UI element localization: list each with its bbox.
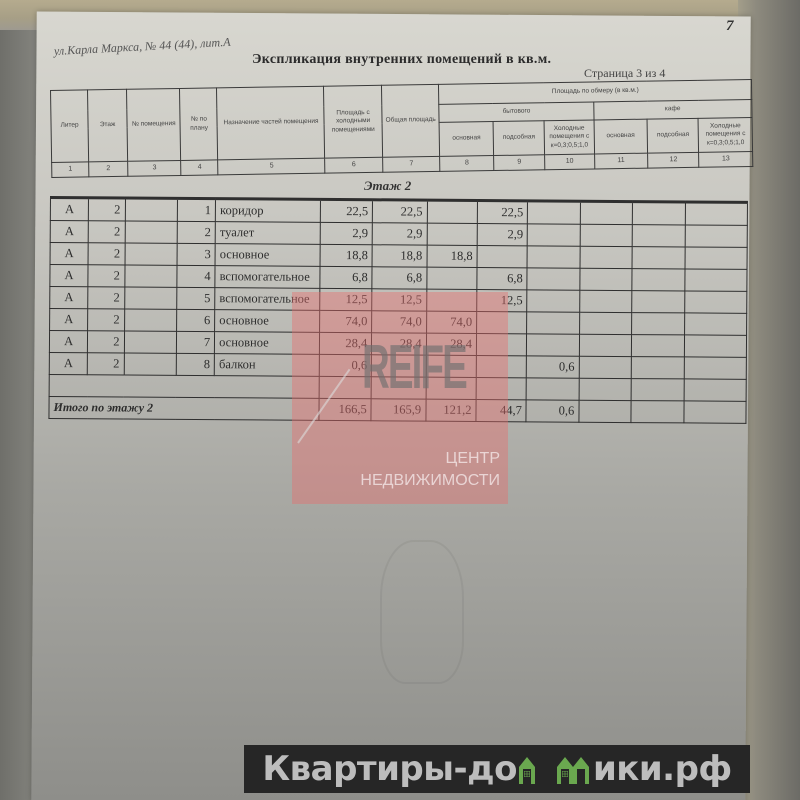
- brand-text-before: Квартиры-до: [262, 749, 517, 789]
- cell-liter: А: [50, 309, 88, 331]
- cell-room: [125, 198, 178, 221]
- handwritten-page-number: 7: [726, 18, 734, 35]
- col-num: 7: [383, 156, 441, 172]
- col-header-area-cold: Площадь с холодными помещениями: [324, 85, 383, 158]
- col-num: 12: [648, 152, 700, 168]
- total-cold: 0,6: [526, 400, 579, 422]
- cell-cafe-aux: [632, 202, 685, 225]
- document-title: Экспликация внутренних помещений в кв.м.: [252, 52, 551, 68]
- cell-purpose: основное: [215, 310, 320, 333]
- cell-cold: [527, 268, 580, 290]
- cell-room: [124, 331, 177, 353]
- col-num: 8: [440, 156, 494, 172]
- total-cafe-cold: [683, 401, 746, 423]
- col-num: 5: [218, 158, 325, 175]
- cell-area-total: 18,8: [372, 245, 427, 267]
- cell-purpose: балкон: [214, 354, 319, 377]
- cell-cafe-cold: [684, 291, 747, 313]
- col-num: 10: [545, 154, 595, 170]
- cell-floor: 2: [88, 221, 124, 243]
- cell-area-total: 2,9: [372, 223, 427, 245]
- total-main: 121,2: [426, 399, 477, 421]
- cell-plan-no: 5: [177, 287, 215, 309]
- cell-plan-no: 3: [177, 243, 215, 265]
- cell-liter: А: [49, 352, 87, 374]
- cell-plan-no: 4: [177, 265, 215, 287]
- cell-area-cold: 18,8: [320, 244, 373, 266]
- subgroup-household: бытового: [439, 102, 593, 122]
- cell-area-cold: 0,6: [319, 354, 372, 376]
- cell-area-cold: 12,5: [320, 288, 373, 310]
- cell-area-cold: 6,8: [320, 266, 373, 288]
- cell-floor: 2: [88, 265, 124, 287]
- cell-main: [427, 267, 478, 289]
- cell-purpose: основное: [215, 244, 320, 267]
- col-header-area-total: Общая площадь: [381, 84, 440, 157]
- cell-cafe-main: [579, 334, 632, 356]
- subcol-cafe-main: основная: [594, 119, 648, 154]
- subcol-cafe-aux: подсобная: [647, 118, 699, 153]
- col-header-plan-no: № по плану: [180, 88, 218, 161]
- cell-plan-no: 2: [177, 221, 215, 243]
- cell-aux: [476, 333, 527, 355]
- cell-floor: 2: [88, 309, 124, 331]
- col-header-liter: Литер: [51, 90, 89, 163]
- total-aux: 44,7: [476, 399, 527, 421]
- cell-cold: [528, 201, 581, 224]
- cell-cafe-cold: [685, 247, 748, 269]
- col-header-floor: Этаж: [88, 89, 128, 162]
- total-area-cold: 166,5: [319, 398, 372, 420]
- total-area-total: 165,9: [371, 399, 426, 421]
- cell-aux: [477, 245, 528, 267]
- cell-purpose: коридор: [215, 199, 320, 223]
- cell-cold: [528, 224, 581, 246]
- cell-area-total: 28,4: [372, 333, 427, 355]
- cell-main: [427, 223, 478, 245]
- cell-main: [426, 355, 477, 377]
- cell-cold: [527, 334, 580, 356]
- brand-text-after: ики.рф: [593, 749, 732, 789]
- cell-plan-no: 1: [177, 198, 215, 221]
- cell-liter: А: [50, 243, 88, 265]
- cell-floor: 2: [88, 287, 124, 309]
- cell-main: 74,0: [426, 311, 477, 333]
- cell-area-cold: 74,0: [319, 310, 372, 332]
- cell-aux: 6,8: [477, 267, 528, 289]
- total-label: Итого по этажу 2: [49, 396, 319, 420]
- cell-floor: 2: [88, 243, 124, 265]
- header-table: Литер Этаж № помещения № по плану Назнач…: [50, 79, 753, 178]
- cell-liter: А: [50, 265, 88, 287]
- cell-purpose: вспомогательное: [215, 266, 320, 289]
- cell-main: 18,8: [427, 245, 478, 267]
- col-num: 11: [594, 153, 648, 169]
- cell-purpose: вспомогательное: [215, 288, 320, 311]
- cell-aux: [476, 355, 527, 377]
- cell-cafe-cold: [684, 313, 747, 335]
- total-cafe-aux: [631, 401, 684, 423]
- cell-main: [427, 200, 478, 223]
- total-cafe-main: [579, 400, 632, 422]
- cell-cafe-aux: [632, 313, 685, 335]
- col-header-room-no: № помещения: [127, 88, 182, 161]
- cell-floor: 2: [88, 331, 124, 353]
- col-num: 6: [325, 157, 383, 173]
- cell-aux: [477, 311, 528, 333]
- subcol-cold: Холодные помещения с к=0,3;0,5;1,0: [544, 120, 594, 155]
- cell-floor: 2: [88, 353, 124, 375]
- cell-plan-no: 8: [176, 353, 214, 375]
- faint-stamp-impression: [380, 540, 464, 684]
- cell-aux: 22,5: [477, 200, 528, 223]
- cell-liter: А: [50, 198, 88, 221]
- cell-cafe-aux: [632, 225, 685, 247]
- cell-liter: А: [50, 221, 88, 243]
- cell-cafe-cold: [685, 225, 748, 247]
- cell-purpose: туалет: [215, 222, 320, 245]
- cell-cafe-aux: [632, 269, 685, 291]
- cell-area-total: 12,5: [372, 289, 427, 311]
- cell-cafe-cold: [685, 202, 748, 225]
- cell-cafe-main: [579, 290, 632, 312]
- cell-room: [124, 265, 177, 287]
- cell-room: [124, 353, 177, 375]
- cell-cafe-main: [580, 246, 633, 268]
- cell-area-total: 22,5: [373, 200, 428, 223]
- col-num: 2: [89, 161, 128, 177]
- subcol-aux: подсобная: [493, 121, 545, 156]
- cell-cafe-main: [579, 312, 632, 334]
- cell-cafe-cold: [684, 357, 747, 379]
- col-num: 1: [52, 162, 89, 178]
- cell-cafe-aux: [632, 291, 685, 313]
- cell-area-cold: 28,4: [319, 332, 372, 354]
- cell-floor: 2: [89, 198, 125, 221]
- cell-cafe-main: [580, 224, 633, 246]
- floor-title: Этаж 2: [364, 178, 411, 194]
- cell-cold: 0,6: [527, 356, 580, 378]
- houses-icon: [518, 753, 554, 785]
- cell-main: [426, 289, 477, 311]
- cell-cold: [527, 312, 580, 334]
- cell-cafe-aux: [632, 247, 685, 269]
- cell-main: 28,4: [426, 333, 477, 355]
- cell-cafe-main: [580, 201, 633, 224]
- col-header-purpose: Назначение частей помещения: [217, 86, 325, 160]
- cell-room: [124, 287, 177, 309]
- cell-cafe-main: [580, 268, 633, 290]
- cell-room: [125, 243, 178, 265]
- cell-area-cold: 2,9: [320, 222, 373, 244]
- page-counter: Страница 3 из 4: [584, 66, 665, 81]
- cell-plan-no: 6: [176, 309, 214, 331]
- cell-area-total: 74,0: [372, 311, 427, 333]
- cell-aux: 2,9: [477, 223, 528, 245]
- cell-cold: [527, 246, 580, 268]
- cell-room: [124, 309, 177, 331]
- cell-purpose: основное: [215, 332, 320, 355]
- subcol-cafe-cold: Холодные помещения с к=0,3;0,5;1,0: [698, 117, 752, 152]
- col-num: 4: [181, 160, 218, 176]
- col-num: 13: [699, 151, 753, 167]
- cell-cold: [527, 290, 580, 312]
- cell-liter: А: [50, 287, 88, 309]
- col-num: 9: [493, 155, 545, 171]
- cell-liter: А: [49, 331, 87, 353]
- cell-area-total: 6,8: [372, 267, 427, 289]
- cell-aux: 12,5: [477, 289, 528, 311]
- col-num: 3: [128, 160, 182, 176]
- cell-room: [125, 221, 178, 243]
- cell-cafe-cold: [684, 335, 747, 357]
- cell-cafe-aux: [632, 335, 685, 357]
- cell-cafe-aux: [631, 357, 684, 379]
- cell-area-cold: 22,5: [320, 199, 373, 222]
- cell-cafe-cold: [684, 269, 747, 291]
- cell-area-total: [372, 355, 427, 377]
- brand-banner: Квартиры-до ики.рф: [244, 745, 750, 793]
- subcol-main: основная: [440, 122, 494, 157]
- total-row: Итого по этажу 2 166,5 165,9 121,2 44,7 …: [49, 396, 746, 423]
- cell-cafe-main: [579, 356, 632, 378]
- rooms-table: А21коридор22,522,522,5А22туалет2,92,92,9…: [48, 196, 748, 424]
- houses-icon: [556, 753, 592, 785]
- cell-plan-no: 7: [176, 331, 214, 353]
